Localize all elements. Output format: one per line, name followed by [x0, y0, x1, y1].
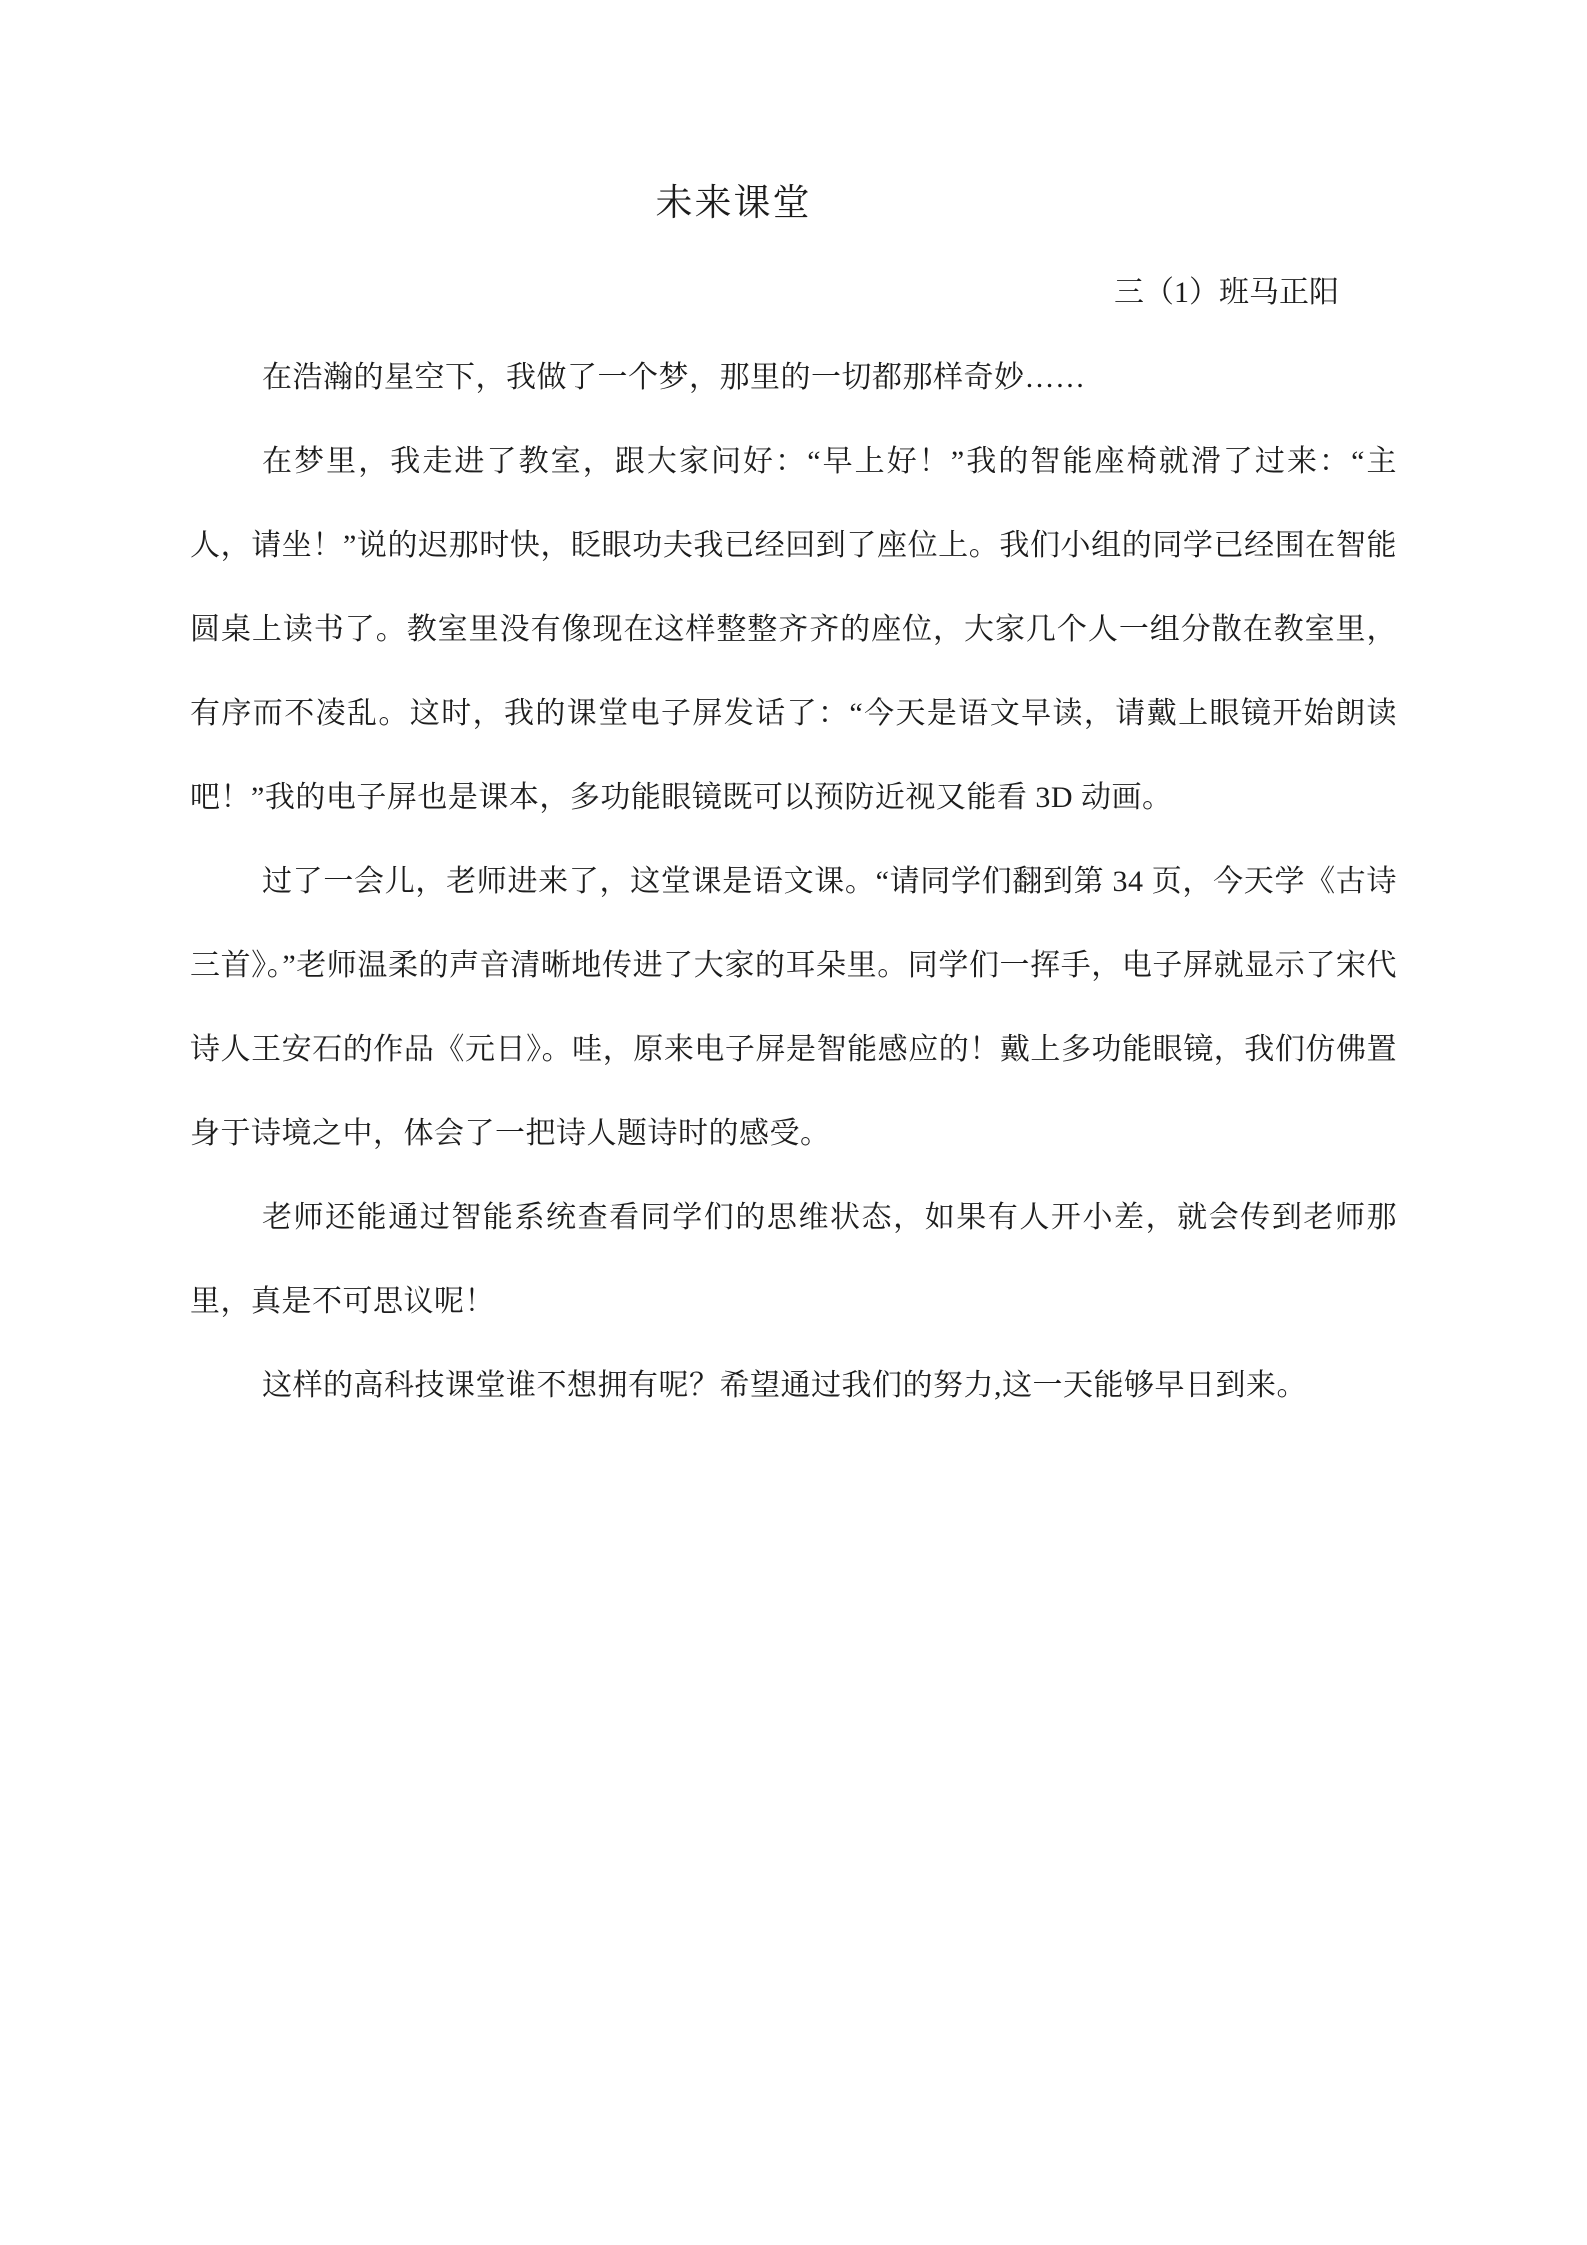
essay-title: 未来课堂: [190, 158, 1277, 250]
essay-paragraph: 老师还能通过智能系统查看同学们的思维状态，如果有人开小差，就会传到老师那里，真是…: [190, 1176, 1397, 1344]
essay-paragraph: 在浩瀚的星空下，我做了一个梦，那里的一切都那样奇妙……: [190, 336, 1397, 420]
document-page: 未来课堂 三（1）班马正阳 在浩瀚的星空下，我做了一个梦，那里的一切都那样奇妙……: [0, 0, 1587, 2245]
essay-paragraph: 在梦里，我走进了教室，跟大家问好：“早上好！”我的智能座椅就滑了过来：“主人，请…: [190, 420, 1397, 840]
essay-body: 在浩瀚的星空下，我做了一个梦，那里的一切都那样奇妙…… 在梦里，我走进了教室，跟…: [190, 336, 1397, 1428]
essay-paragraph: 过了一会儿，老师进来了，这堂课是语文课。“请同学们翻到第 34 页，今天学《古诗…: [190, 840, 1397, 1176]
essay-author: 三（1）班马正阳: [190, 250, 1397, 336]
essay-paragraph: 这样的高科技课堂谁不想拥有呢？希望通过我们的努力,这一天能够早日到来。: [190, 1344, 1397, 1428]
